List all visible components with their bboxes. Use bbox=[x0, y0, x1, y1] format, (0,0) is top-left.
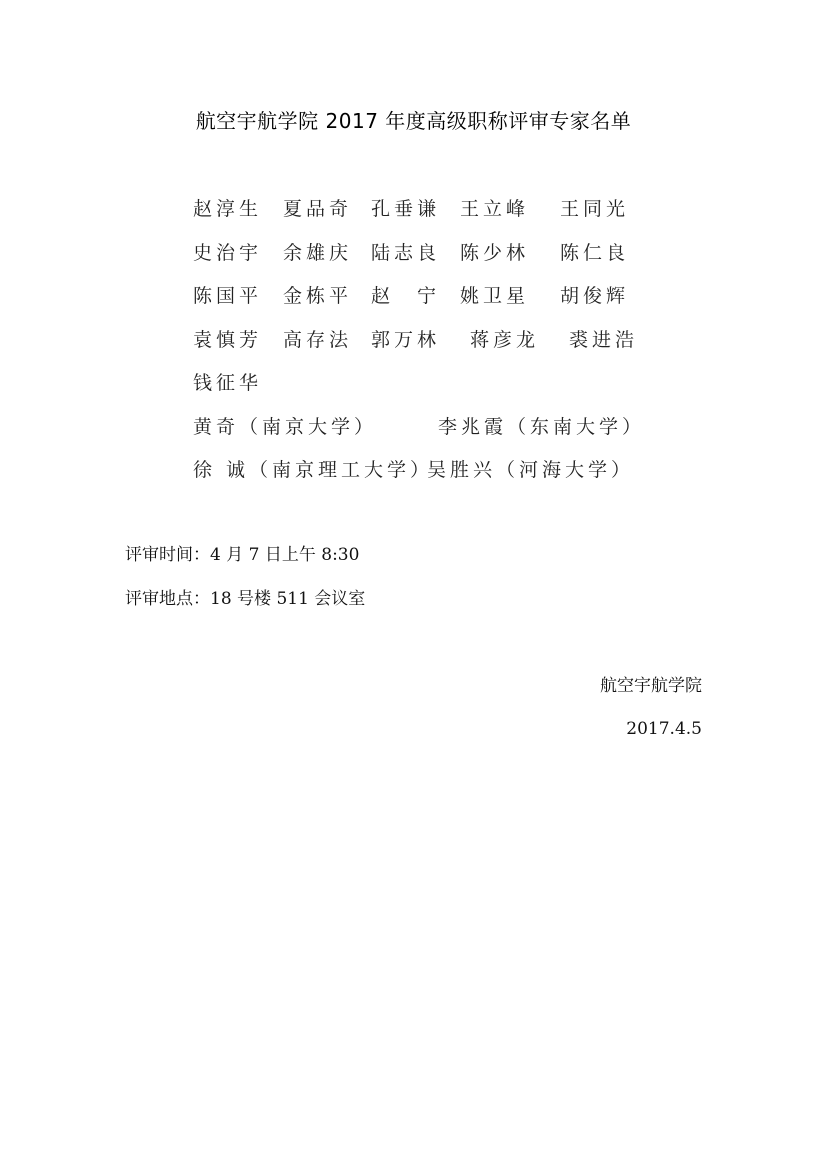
name-row: 陈国平 金栋平 赵 宁 姚卫星 胡俊辉 bbox=[193, 281, 663, 325]
external-expert-row: 黄奇（南京大学） 李兆霞（东南大学） bbox=[193, 412, 663, 456]
expert-name: 王同光 bbox=[560, 194, 629, 224]
name-row: 赵淳生 夏品奇 孔垂谦 王立峰 王同光 bbox=[193, 194, 663, 238]
external-expert: 吴胜兴（河海大学） bbox=[427, 455, 634, 485]
external-expert: 黄奇（南京大学） bbox=[193, 412, 377, 442]
expert-name: 胡俊辉 bbox=[560, 281, 629, 311]
external-expert: 李兆霞（东南大学） bbox=[438, 412, 645, 442]
expert-name: 裘进浩 bbox=[569, 325, 638, 355]
expert-name: 王立峰 bbox=[460, 194, 529, 224]
expert-name: 陈少林 bbox=[460, 238, 529, 268]
expert-name: 钱征华 bbox=[193, 368, 262, 398]
name-row: 袁慎芳 高存法 郭万林 蒋彦龙 裘进浩 bbox=[193, 325, 663, 369]
name-row: 钱征华 bbox=[193, 368, 663, 412]
expert-name: 孔垂谦 bbox=[371, 194, 440, 224]
expert-name: 陈国平 bbox=[193, 281, 262, 311]
expert-name-list: 赵淳生 夏品奇 孔垂谦 王立峰 王同光 史治宇 余雄庆 陆志良 陈少林 陈仁良 … bbox=[193, 194, 663, 499]
expert-name: 陈仁良 bbox=[560, 238, 629, 268]
signature-date: 2017.4.5 bbox=[560, 716, 702, 742]
expert-name: 夏品奇 bbox=[283, 194, 352, 224]
expert-name: 余雄庆 bbox=[283, 238, 352, 268]
external-expert: 徐 诚（南京理工大学） bbox=[193, 455, 433, 485]
expert-name: 袁慎芳 bbox=[193, 325, 262, 355]
expert-name: 赵淳生 bbox=[193, 194, 262, 224]
expert-name: 郭万林 bbox=[371, 325, 440, 355]
expert-name: 赵 宁 bbox=[371, 281, 440, 311]
expert-name: 姚卫星 bbox=[460, 281, 529, 311]
review-time: 评审时间：4 月 7 日上午 8:30 bbox=[125, 542, 359, 568]
expert-name: 高存法 bbox=[283, 325, 352, 355]
expert-name: 金栋平 bbox=[283, 281, 352, 311]
expert-name: 蒋彦龙 bbox=[470, 325, 539, 355]
expert-name: 史治宇 bbox=[193, 238, 262, 268]
review-location: 评审地点：18 号楼 511 会议室 bbox=[125, 586, 365, 612]
expert-name: 陆志良 bbox=[371, 238, 440, 268]
external-expert-row: 徐 诚（南京理工大学） 吴胜兴（河海大学） bbox=[193, 455, 663, 499]
signature-organization: 航空宇航学院 bbox=[560, 673, 702, 699]
document-title: 航空宇航学院 2017 年度高级职称评审专家名单 bbox=[0, 106, 827, 136]
name-row: 史治宇 余雄庆 陆志良 陈少林 陈仁良 bbox=[193, 238, 663, 282]
